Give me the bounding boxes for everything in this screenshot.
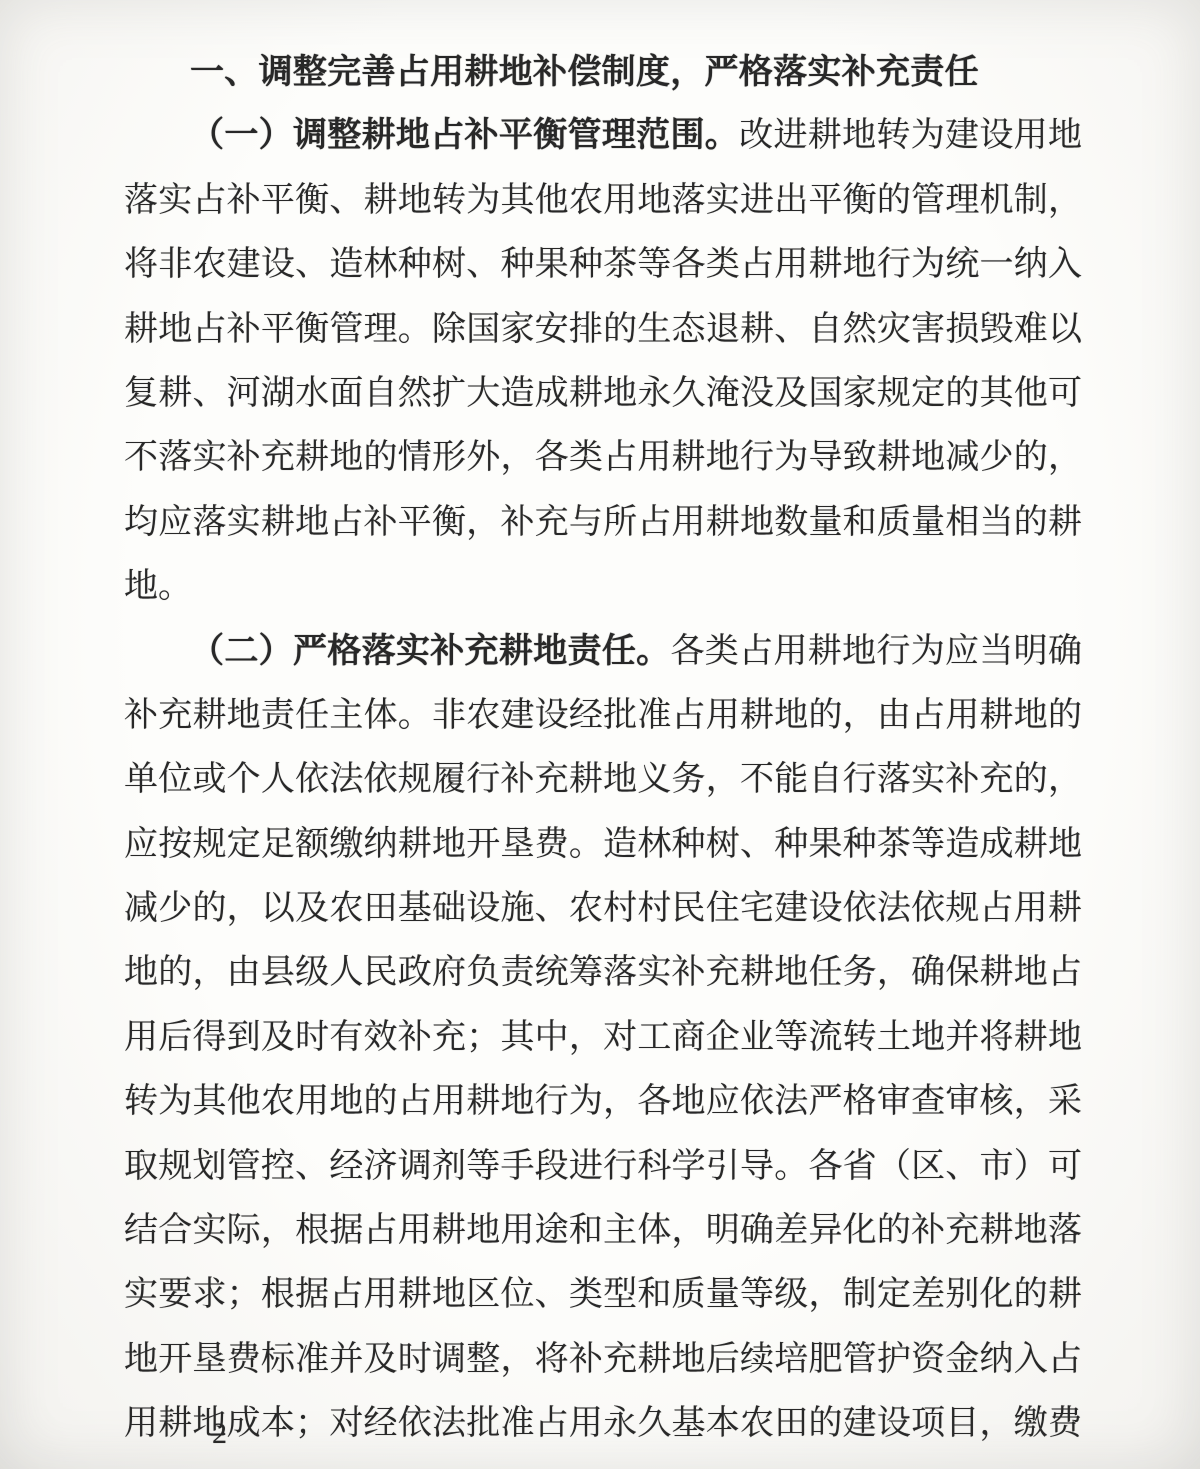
- text-line: 用后得到及时有效补充；其中，对工商企业等流转土地并将耕地: [124, 1006, 1082, 1070]
- paragraph-lead: （二）严格落实补充耕地责任。: [190, 633, 670, 670]
- line-text: 减少的，以及农田基础设施、农村村民住宅建设依法依规占用耕: [124, 890, 1082, 927]
- text-line: 实要求；根据占用耕地区位、类型和质量等级，制定差别化的耕: [124, 1263, 1082, 1327]
- paragraph: （一）调整耕地占补平衡管理范围。改进耕地转为建设用地落实占补平衡、耕地转为其他农…: [124, 104, 1082, 619]
- text-line: 地的，由县级人民政府负责统筹落实补充耕地任务，确保耕地占: [124, 941, 1082, 1005]
- line-text: 结合实际，根据占用耕地用途和主体，明确差异化的补充耕地落: [124, 1212, 1082, 1249]
- text-line: 将非农建设、造林种树、种果种茶等各类占用耕地行为统一纳入: [124, 233, 1082, 297]
- text-line: 减少的，以及农田基础设施、农村村民住宅建设依法依规占用耕: [124, 877, 1082, 941]
- line-text: 不落实补充耕地的情形外，各类占用耕地行为导致耕地减少的，: [124, 439, 1082, 476]
- line-text: 单位或个人依法依规履行补充耕地义务，不能自行落实补充的，: [124, 761, 1082, 798]
- line-text: 用后得到及时有效补充；其中，对工商企业等流转土地并将耕地: [124, 1019, 1082, 1056]
- paragraph-lead: （一）调整耕地占补平衡管理范围。: [190, 117, 739, 154]
- page-number: 2: [212, 1412, 227, 1456]
- line-text: 地。: [124, 568, 192, 605]
- text-line: （一）调整耕地占补平衡管理范围。改进耕地转为建设用地: [124, 104, 1082, 168]
- paragraph: （二）严格落实补充耕地责任。各类占用耕地行为应当明确补充耕地责任主体。非农建设经…: [124, 620, 1082, 1457]
- text-line: 结合实际，根据占用耕地用途和主体，明确差异化的补充耕地落: [124, 1199, 1082, 1263]
- document-content: 一、调整完善占用耕地补偿制度，严格落实补充责任 （一）调整耕地占补平衡管理范围。…: [124, 40, 1082, 1457]
- text-line: 单位或个人依法依规履行补充耕地义务，不能自行落实补充的，: [124, 748, 1082, 812]
- line-text: 地开垦费标准并及时调整，将补充耕地后续培肥管护资金纳入占: [124, 1341, 1082, 1378]
- line-text: 复耕、河湖水面自然扩大造成耕地永久淹没及国家规定的其他可: [124, 375, 1082, 412]
- line-text: 补充耕地责任主体。非农建设经批准占用耕地的，由占用耕地的: [124, 697, 1082, 734]
- line-text: 均应落实耕地占补平衡，补充与所占用耕地数量和质量相当的耕: [124, 504, 1082, 541]
- text-line: 转为其他农用地的占用耕地行为，各地应依法严格审查审核，采: [124, 1070, 1082, 1134]
- line-text: 应按规定足额缴纳耕地开垦费。造林种树、种果种茶等造成耕地: [124, 826, 1082, 863]
- text-line: 耕地占补平衡管理。除国家安排的生态退耕、自然灾害损毁难以: [124, 298, 1082, 362]
- line-text: 各类占用耕地行为应当明确: [670, 633, 1082, 670]
- text-line: 落实占补平衡、耕地转为其他农用地落实进出平衡的管理机制，: [124, 169, 1082, 233]
- text-line: （二）严格落实补充耕地责任。各类占用耕地行为应当明确: [124, 620, 1082, 684]
- line-text: 耕地占补平衡管理。除国家安排的生态退耕、自然灾害损毁难以: [124, 311, 1082, 348]
- text-line: 取规划管控、经济调剂等手段进行科学引导。各省（区、市）可: [124, 1135, 1082, 1199]
- line-text: 取规划管控、经济调剂等手段进行科学引导。各省（区、市）可: [124, 1148, 1082, 1185]
- text-line: 复耕、河湖水面自然扩大造成耕地永久淹没及国家规定的其他可: [124, 362, 1082, 426]
- text-line: 应按规定足额缴纳耕地开垦费。造林种树、种果种茶等造成耕地: [124, 813, 1082, 877]
- text-line: 地。: [124, 555, 1082, 619]
- section-heading: 一、调整完善占用耕地补偿制度，严格落实补充责任: [124, 40, 1082, 104]
- scanned-document-page: 一、调整完善占用耕地补偿制度，严格落实补充责任 （一）调整耕地占补平衡管理范围。…: [0, 0, 1200, 1469]
- line-text: 转为其他农用地的占用耕地行为，各地应依法严格审查审核，采: [124, 1083, 1082, 1120]
- line-text: 用耕地成本；对经依法批准占用永久基本农田的建设项目，缴费: [124, 1405, 1082, 1442]
- line-text: 落实占补平衡、耕地转为其他农用地落实进出平衡的管理机制，: [124, 182, 1082, 219]
- line-text: 地的，由县级人民政府负责统筹落实补充耕地任务，确保耕地占: [124, 954, 1082, 991]
- line-text: 改进耕地转为建设用地: [739, 117, 1082, 154]
- text-line: 地开垦费标准并及时调整，将补充耕地后续培肥管护资金纳入占: [124, 1328, 1082, 1392]
- line-text: 实要求；根据占用耕地区位、类型和质量等级，制定差别化的耕: [124, 1276, 1082, 1313]
- text-line: 补充耕地责任主体。非农建设经批准占用耕地的，由占用耕地的: [124, 684, 1082, 748]
- text-line: 不落实补充耕地的情形外，各类占用耕地行为导致耕地减少的，: [124, 426, 1082, 490]
- text-line: 均应落实耕地占补平衡，补充与所占用耕地数量和质量相当的耕: [124, 491, 1082, 555]
- line-text: 将非农建设、造林种树、种果种茶等各类占用耕地行为统一纳入: [124, 246, 1082, 283]
- text-line: 用耕地成本；对经依法批准占用永久基本农田的建设项目，缴费: [124, 1392, 1082, 1456]
